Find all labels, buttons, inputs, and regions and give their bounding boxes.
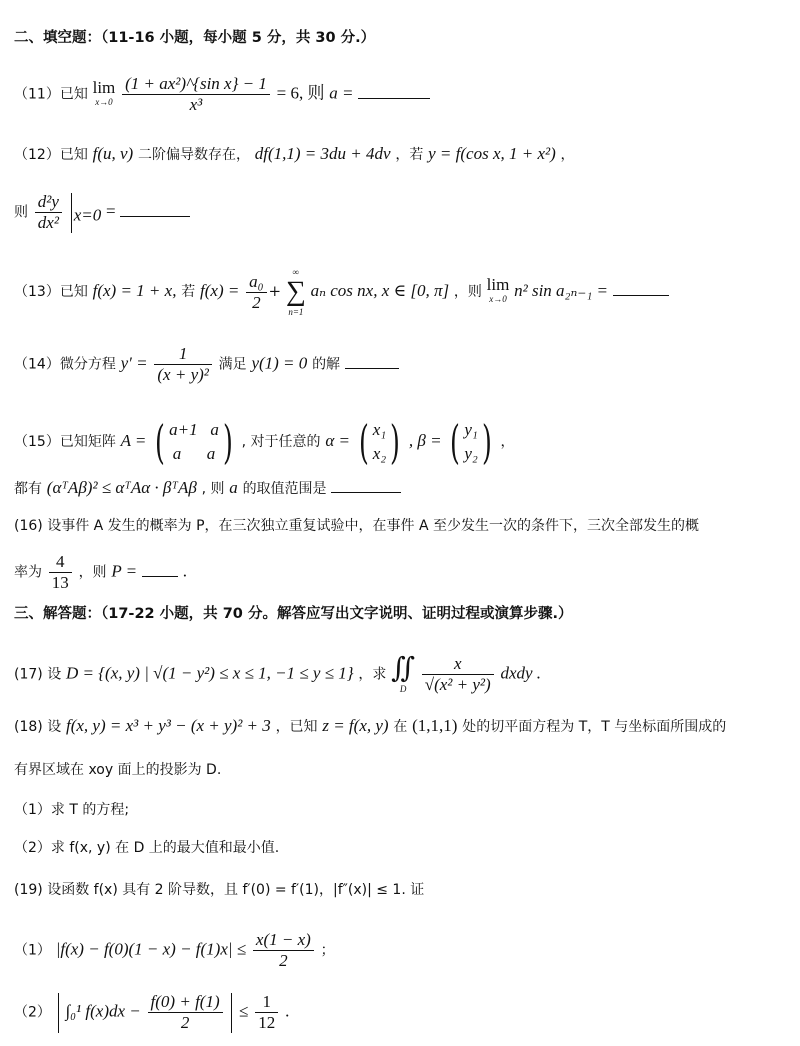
q15-beta: , β = [409,431,442,450]
question-14: （14）微分方程 y′ = 1 (x + y)² 满足 y(1) = 0 的解 [14,344,399,385]
q15-line2-tail: 的取值范围是 [243,481,327,497]
q16-P: P = [111,562,137,581]
question-12-line2: 则 d²y dx² x=0 = [14,192,190,233]
q15-beta-vector: y₁y₂ [464,418,477,466]
q11-equals: = 6, 则 [277,84,325,103]
question-19-sub2: （2） ∫₀¹ f(x)dx − f(0) + f(1) 2 ≤ 1 12 . [14,992,289,1033]
question-18-sub1: （1）求 T 的方程; [14,800,129,820]
q12-compose: y = f(cos x, 1 + x²) [428,144,556,163]
q15-A: A = [121,431,147,450]
question-18-line1: (18) 设 f(x, y) = x³ + y³ − (x + y)² + 3 … [14,716,726,737]
q16-end: . [183,562,187,581]
q12-prefix: 则 [14,205,28,221]
q12-text1: 二阶偏导数存在， [138,147,250,163]
question-16-line2: 率为 4 13 ，则 P = . [14,552,187,593]
q12-equals: = [106,202,116,221]
q12-eval-bar [71,193,72,233]
q13-then: ，则 [454,284,482,300]
q13-lim-expr: n² sin a₂ₙ₋₁ = [514,281,608,300]
q18-text1: ，已知 [276,719,318,735]
section-3-heading: 三、解答题：（17-22 小题，共 70 分。解答应写出文字说明、证明过程或演算… [14,604,572,624]
q19-sub2-fraction: f(0) + f(1) 2 [148,992,223,1033]
question-19-sub1: （1） |f(x) − f(0)(1 − x) − f(1)x| ≤ x(1 −… [14,930,335,971]
q11-label: （11）已知 [14,87,88,103]
q14-answer-blank[interactable] [345,354,399,369]
question-15-line1: （15）已知矩阵 A = ( a+1 a a a ) , 对于任意的 α = (… [14,418,515,466]
q12-answer-blank[interactable] [120,202,190,217]
q19-sub2-tail: . [285,1002,289,1021]
abs-bar-left [58,993,59,1033]
question-19-line1: (19) 设函数 f(x) 具有 2 阶导数，且 f′(0) = f′(1)，|… [14,880,424,900]
q19-sub1-lhs: |f(x) − f(0)(1 − x) − f(1)x| ≤ [56,940,246,959]
q12-label: （12）已知 [14,147,88,163]
q15-tail: ， [501,434,515,450]
q11-fraction: (1 + ax²)^{sin x} − 1 x³ [122,74,270,115]
q19-sub2-lhs: ∫₀¹ f(x)dx − [65,1002,140,1021]
question-18-line2: 有界区域在 xoy 面上的投影为 D. [14,760,221,780]
q13-answer-blank[interactable] [613,281,669,296]
q13-label: （13）已知 [14,284,88,300]
q15-text1: , 对于任意的 [242,434,321,450]
q13-sum: ∞∑n=1 [286,266,306,318]
q15-prefix: 都有 [14,481,42,497]
q14-label: （14）微分方程 [14,357,116,373]
q16-answer-blank[interactable] [142,562,178,577]
q15-alpha-vector: x₁x₂ [373,418,386,466]
q15-inequality: (αᵀAβ)² ≤ αᵀAα · βᵀAβ [47,478,197,497]
q17-label: (17) 设 [14,667,61,683]
q15-matrix: a+1 a a a [169,418,219,466]
q12-eval-at: x=0 [74,206,102,225]
q11-denominator: x³ [122,95,270,115]
q13-series-term: aₙ cos nx, x ∈ [0, π] [311,281,449,300]
q12-diff: df(1,1) = 3du + 4dv [255,144,391,163]
q19-sub1-tail: ； [321,943,335,959]
q12-derivative: d²y dx² [35,192,62,233]
q14-fraction: 1 (x + y)² [154,344,211,385]
q13-f-def: f(x) = 1 + x, [93,281,177,300]
question-12-line1: （12）已知 f(u, v) 二阶偏导数存在， df(1,1) = 3du + … [14,144,575,165]
q16-text: ，则 [79,565,107,581]
q18-text2: 在 [393,719,407,735]
question-16-line1: (16) 设事件 A 发生的概率为 P，在三次独立重复试验中，在事件 A 至少发… [14,516,699,536]
q12-text2: ，若 [395,147,423,163]
q15-answer-blank[interactable] [331,478,401,493]
q16-fraction: 4 13 [49,552,72,593]
q14-tail: 的解 [312,357,340,373]
q11-var: a = [329,84,353,103]
q15-a: a [229,478,238,497]
q12-text3: ， [561,147,575,163]
question-13: （13）已知 f(x) = 1 + x, 若 f(x) = a₀ 2 + ∞∑n… [14,266,669,318]
q17-domain: D = {(x, y) | √(1 − y²) ≤ x ≤ 1, −1 ≤ y … [66,664,354,683]
q14-text: 满足 [219,357,247,373]
q14-lhs: y′ = [121,354,148,373]
q15-label: （15）已知矩阵 [14,434,116,450]
q19-sub2-rel: ≤ [239,1002,248,1021]
q19-sub1-fraction: x(1 − x) 2 [253,930,314,971]
q13-a0-fraction: a₀ 2 [246,272,266,313]
q11-answer-blank[interactable] [358,84,430,99]
q19-sub1-label: （1） [14,943,51,959]
q19-sub2-label: （2） [14,1005,51,1021]
q13-if: 若 [181,284,195,300]
q12-func: f(u, v) [93,144,134,163]
q17-tail: dxdy . [500,664,541,683]
q15-alpha: α = [325,431,350,450]
q13-series-lhs: f(x) = [200,281,239,300]
q18-text3: 处的切平面方程为 T，T 与坐标面所围成的 [462,719,726,735]
q19-sub2-rhs: 1 12 [255,992,278,1033]
question-18-sub2: （2）求 f(x, y) 在 D 上的最大值和最小值. [14,838,279,858]
q17-text: ，求 [358,667,386,683]
q17-integral: ∬D [391,655,415,695]
question-11: （11）已知 limx→0 (1 + ax²)^{sin x} − 1 x³ =… [14,74,430,115]
q13-limit: limx→0 [487,278,510,306]
abs-bar-right [231,993,232,1033]
q18-label: (18) 设 [14,719,61,735]
q14-cond: y(1) = 0 [251,354,307,373]
q18-point: (1,1,1) [412,716,457,735]
q11-limit: limx→0 [93,81,116,109]
q11-numerator: (1 + ax²)^{sin x} − 1 [122,74,270,95]
q17-integrand: x √(x² + y²) [422,654,494,695]
q16-prefix: 率为 [14,565,42,581]
q15-line2-text: , 则 [202,481,225,497]
question-17: (17) 设 D = {(x, y) | √(1 − y²) ≤ x ≤ 1, … [14,654,541,695]
question-15-line2: 都有 (αᵀAβ)² ≤ αᵀAα · βᵀAβ , 则 a 的取值范围是 [14,478,401,499]
q18-f-def: f(x, y) = x³ + y³ − (x + y)² + 3 [66,716,271,735]
q18-z: z = f(x, y) [322,716,388,735]
section-2-heading: 二、填空题：（11-16 小题，每小题 5 分，共 30 分.） [14,28,375,48]
